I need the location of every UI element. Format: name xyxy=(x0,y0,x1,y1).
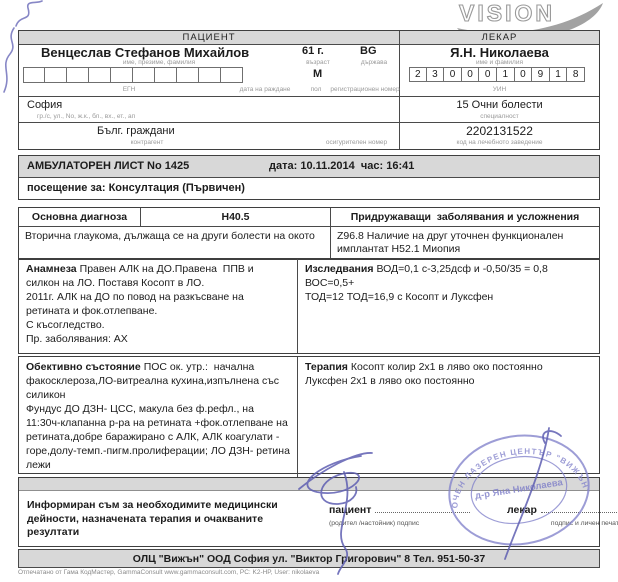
patient-info-cell: Венцеслав Стефанов Михайлов име, презиме… xyxy=(19,45,400,97)
insurance-label: осигурителен номер xyxy=(314,139,399,146)
doctor-specialty-cell: 15 Очни болести специалност xyxy=(400,97,599,123)
egn-box xyxy=(23,67,45,83)
status-therapy-box: Обективно състояниеПОС ок. утр.: начална… xyxy=(18,356,600,474)
therapy-cell: ТерапияКосопт колир 2х1 в ляво око посто… xyxy=(298,357,599,477)
patient-signature-area: пациент (родител /настойник) подпис xyxy=(329,503,470,527)
egn-box xyxy=(111,67,133,83)
main-diagnosis-text: Вторична глаукома, дължаща се на други б… xyxy=(19,227,331,259)
tests-label: Изследвания xyxy=(305,263,373,275)
ambulatory-sheet-page: VISION ПАЦИЕНТ ЛЕКАР Венцеслав Стефанов … xyxy=(0,0,618,582)
egn-box xyxy=(89,67,111,83)
facility-code: 2202131522 xyxy=(400,124,599,138)
patient-section-header: ПАЦИЕНТ xyxy=(19,31,400,45)
tests-cell: ИзследванияВОД=0,1 с-3,25дсф и -0,50/35 … xyxy=(298,259,599,353)
patient-age: 61 г. xyxy=(302,45,324,57)
egn-box xyxy=(177,67,199,83)
uin-digit: 3 xyxy=(427,67,445,82)
patient-sign-label: пациент xyxy=(329,504,371,516)
doctor-signature-line xyxy=(541,503,618,513)
sheet-title: АМБУЛАТОРЕН ЛИСТ No 1425 xyxy=(27,160,189,172)
doctor-name: Я.Н. Николаева xyxy=(400,45,599,60)
uin-digit: 0 xyxy=(444,67,462,82)
egn-box xyxy=(221,67,243,83)
patient-name: Венцеслав Стефанов Михайлов xyxy=(41,45,249,60)
uin-digit: 1 xyxy=(497,67,515,82)
patient-sex: М xyxy=(313,68,322,80)
main-diagnosis-label: Основна диагноза xyxy=(19,208,141,227)
uin-digit: 9 xyxy=(532,67,550,82)
doctor-section-header: ЛЕКАР xyxy=(400,31,599,45)
sheet-title-bar: АМБУЛАТОРЕН ЛИСТ No 1425 дата: 10.11.201… xyxy=(19,156,599,178)
uin-boxes: 2300010918 xyxy=(409,67,585,82)
doctor-name-label: име и фамилия xyxy=(400,59,599,66)
egn-boxes xyxy=(23,67,243,83)
uin-digit: 8 xyxy=(567,67,585,82)
patient-signature-line xyxy=(375,503,470,513)
visit-reason: посещение за: Консултация (Първичен) xyxy=(27,182,245,194)
egn-box xyxy=(67,67,89,83)
uin-digit: 0 xyxy=(462,67,480,82)
egn-box xyxy=(199,67,221,83)
patient-country-label: държава xyxy=(351,59,397,66)
patient-name-label: име, презиме, фамилия xyxy=(74,59,244,66)
egn-box xyxy=(45,67,67,83)
doctor-sign-label: лекар xyxy=(507,504,537,516)
sheet-header-box: АМБУЛАТОРЕН ЛИСТ No 1425 дата: 10.11.201… xyxy=(18,155,600,200)
anamnesis-tests-box: АнамнезаПравен АЛК на ДО.Правена ППВ и с… xyxy=(18,258,600,354)
doctor-specialty: 15 Очни болести xyxy=(400,99,599,111)
egn-label: ЕГН xyxy=(79,86,179,93)
patient-contractor-cell: Бълг. граждани контрагент осигурителен н… xyxy=(19,123,400,149)
anamnesis-cell: АнамнезаПравен АЛК на ДО.Правена ППВ и с… xyxy=(19,259,298,353)
consent-box: Информиран съм за необходимите медицинск… xyxy=(18,477,600,547)
patient-contractor: Бълг. граждани xyxy=(97,125,175,137)
print-fineprint: Отпечатано от Гама КодМастер, GammaConsu… xyxy=(18,569,319,576)
consent-statement: Информиран съм за необходимите медицинск… xyxy=(27,499,315,540)
patient-country: BG xyxy=(360,45,377,57)
comorbid-text: Z96.8 Наличие на друг уточнен функционал… xyxy=(331,227,599,259)
doctor-info-cell: Я.Н. Николаева име и фамилия 2300010918 … xyxy=(400,45,599,97)
patient-age-label: възраст xyxy=(298,59,338,66)
uin-digit: 1 xyxy=(550,67,568,82)
birthdate-label: дата на раждане xyxy=(227,86,303,93)
doctor-signature-area: лекар подпис и личен печат xyxy=(507,503,618,527)
facility-code-label: код на лечебното заведение xyxy=(400,139,599,146)
patient-doctor-table: ПАЦИЕНТ ЛЕКАР Венцеслав Стефанов Михайло… xyxy=(18,30,600,150)
egn-box xyxy=(155,67,177,83)
vision-logo-text: VISION xyxy=(459,0,555,26)
comorbid-label: Придружаващи заболявания и усложнения xyxy=(331,208,599,227)
facility-code-cell: 2202131522 код на лечебното заведение xyxy=(400,123,599,149)
patient-city: София xyxy=(27,99,62,111)
patient-address-cell: София гр./с, ул., No, ж.к., бл., вх., ет… xyxy=(19,97,400,123)
patient-sign-sublabel: (родител /настойник) подпис xyxy=(329,520,470,527)
specialty-label: специалност xyxy=(400,113,599,120)
main-diagnosis-code: H40.5 xyxy=(141,208,331,227)
address-label: гр./с, ул., No, ж.к., бл., вх., ет., ап xyxy=(37,113,237,120)
uin-label: УИН xyxy=(400,86,599,93)
clinic-address: ОЛЦ "Вижън" ООД София ул. "Виктор Григор… xyxy=(133,553,485,565)
diagnosis-table: Основна диагноза H40.5 Придружаващи забо… xyxy=(18,207,600,260)
sheet-datetime: дата: 10.11.2014 час: 16:41 xyxy=(269,160,414,172)
sex-label: пол xyxy=(307,86,325,93)
visit-row: посещение за: Консултация (Първичен) xyxy=(19,178,599,199)
doctor-sign-sublabel: подпис и личен печат xyxy=(507,520,618,527)
contractor-label: контрагент xyxy=(107,139,187,146)
status-label: Обективно състояние xyxy=(26,361,141,373)
regnum-label: регистрационен номер xyxy=(329,86,401,93)
uin-digit: 0 xyxy=(515,67,533,82)
anamnesis-text: Правен АЛК на ДО.Правена ППВ и силкон на… xyxy=(26,263,257,345)
therapy-label: Терапия xyxy=(305,361,348,373)
uin-digit: 0 xyxy=(479,67,497,82)
clinic-footer-bar: ОЛЦ "Вижън" ООД София ул. "Виктор Григор… xyxy=(18,549,600,568)
egn-box xyxy=(133,67,155,83)
status-text: ПОС ок. утр.: начална факосклероза,ЛО-ви… xyxy=(26,361,293,471)
anamnesis-label: Анамнеза xyxy=(26,263,77,275)
consent-gray-strip xyxy=(19,478,599,491)
status-cell: Обективно състояниеПОС ок. утр.: начална… xyxy=(19,357,298,477)
uin-digit: 2 xyxy=(409,67,427,82)
